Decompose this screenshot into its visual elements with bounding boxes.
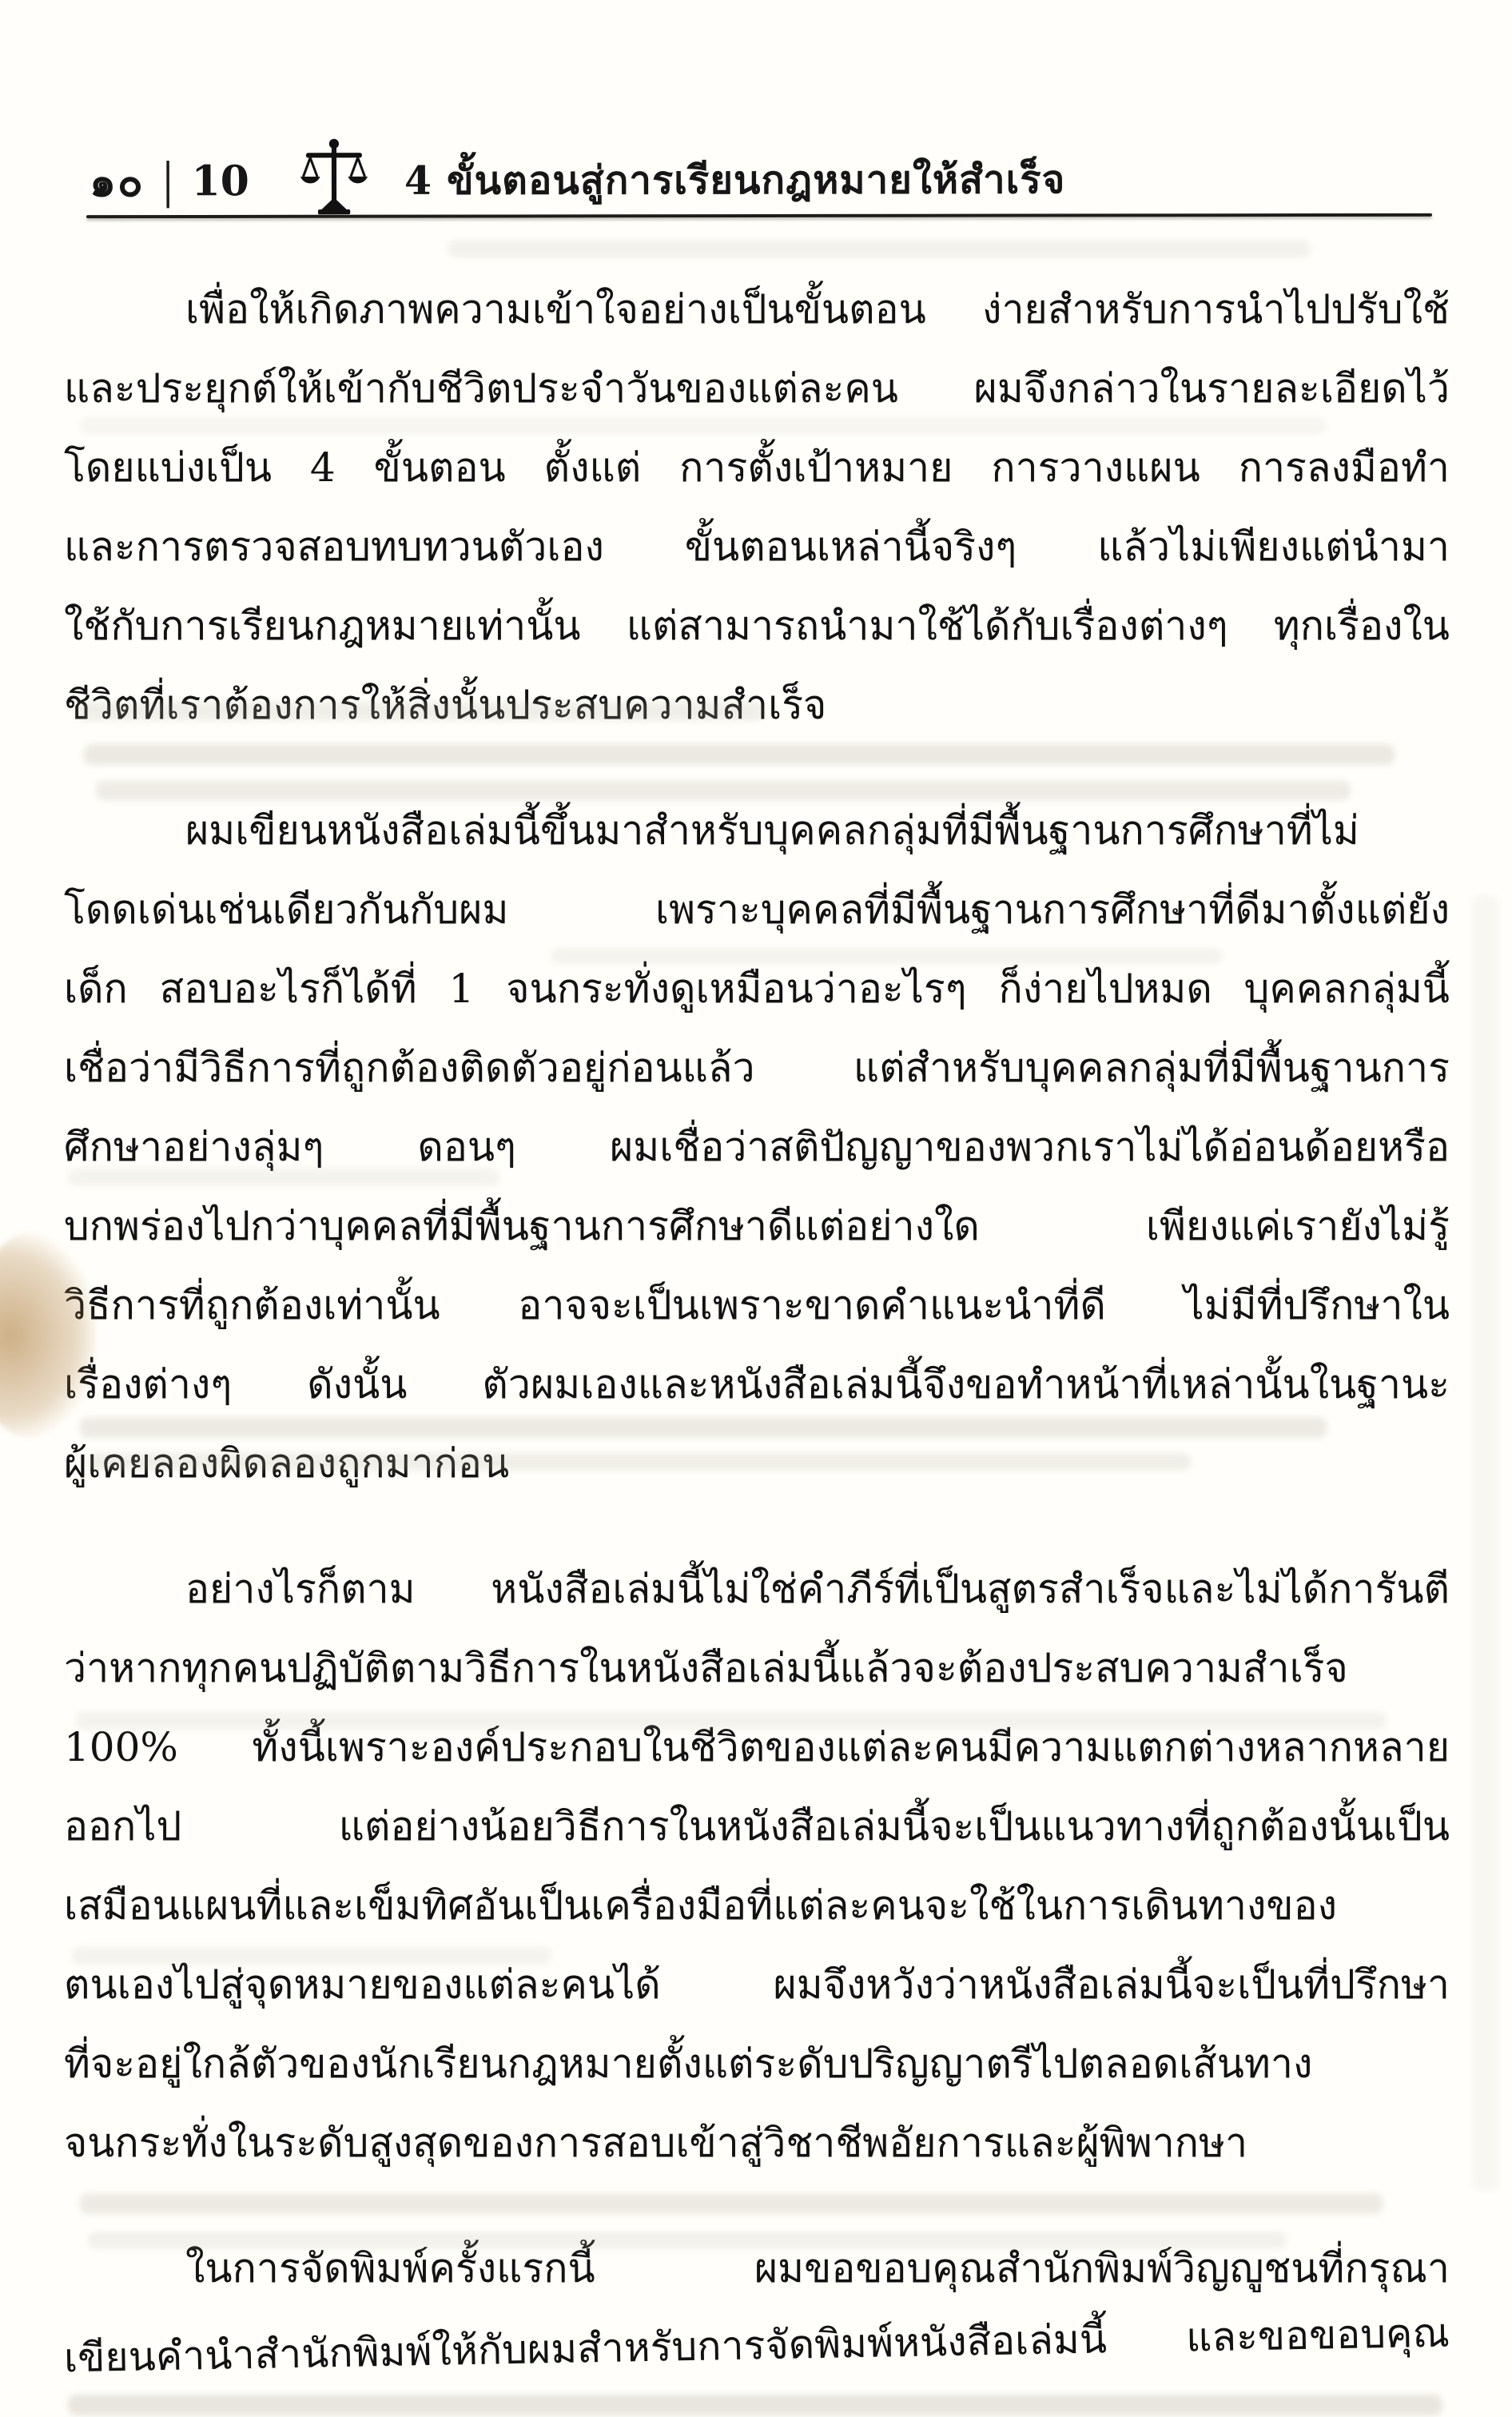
paragraph: อย่างไรก็ตาม หนังสือเล่มนี้ไม่ใช่คำภีร์ท… [64, 1550, 1450, 2183]
text-line: ออกไป แต่อย่างน้อยวิธีการในหนังสือเล่มนี… [64, 1787, 1450, 1866]
text-line: ผู้เคยลองผิดลองถูกมาก่อน [64, 1424, 1450, 1503]
text-line: ในการจัดพิมพ์ครั้งแรกนี้ ผมขอขอบคุณสำนัก… [64, 2229, 1450, 2308]
bleed-artifact [448, 240, 1311, 257]
text-line: โดดเด่นเช่นเดียวกันกับผม เพราะบุคคลที่มี… [64, 870, 1450, 950]
text-line: และการตรวจสอบทบทวนตัวเอง ขั้นตอนเหล่านี้… [64, 508, 1450, 587]
page-number-thai: ๑๐ [90, 148, 145, 214]
text-line: เขียนคำนำสำนักพิมพ์ให้กับผมสำหรับการจัดพ… [63, 2294, 1450, 2399]
text-line: จนกระทั่งในระดับสูงสุดของการสอบเข้าสู่วิ… [64, 2104, 1450, 2183]
text-line: เรื่องต่างๆ ดังนั้น ตัวผมเองและหนังสือเล… [64, 1345, 1450, 1424]
scales-of-justice-icon [299, 137, 369, 219]
paragraph: ผมเขียนหนังสือเล่มนี้ขึ้นมาสำหรับบุคคลกล… [64, 791, 1450, 1503]
text-line: ผมเขียนหนังสือเล่มนี้ขึ้นมาสำหรับบุคคลกล… [64, 791, 1450, 870]
text-line: เพื่อให้เกิดภาพความเข้าใจอย่างเป็นขั้นตอ… [64, 270, 1450, 349]
text-line: เด็ก สอบอะไรก็ได้ที่ 1 จนกระทั่งดูเหมือน… [64, 950, 1450, 1029]
text-line: ศึกษาอย่างลุ่มๆ ดอนๆ ผมเชื่อว่าสติปัญญาข… [64, 1108, 1450, 1187]
text-line: 100% ทั้งนี้เพราะองค์ประกอบในชีวิตของแต่… [64, 1708, 1450, 1787]
chapter-title: 4 ขั้นตอนสู่การเรียนกฎหมายให้สำเร็จ [404, 148, 1066, 211]
text-line: อย่างไรก็ตาม หนังสือเล่มนี้ไม่ใช่คำภีร์ท… [64, 1550, 1450, 1629]
header-rule [86, 213, 1432, 218]
text-line: วิธีการที่ถูกต้องเท่านั้น อาจจะเป็นเพราะ… [64, 1266, 1450, 1345]
text-line: เชื่อว่ามีวิธีการที่ถูกต้องติดตัวอยู่ก่อ… [64, 1029, 1450, 1108]
text-line: บกพร่องไปกว่าบุคคลที่มีพื้นฐานการศึกษาดี… [64, 1187, 1450, 1266]
page-text: เพื่อให้เกิดภาพความเข้าใจอย่างเป็นขั้นตอ… [64, 270, 1450, 2387]
text-line: ชีวิตที่เราต้องการให้สิ่งนั้นประสบความสำ… [64, 666, 1450, 745]
text-line: โดยแบ่งเป็น 4 ขั้นตอน ตั้งแต่ การตั้งเป้… [64, 428, 1450, 508]
text-line: เสมือนแผนที่และเข็มทิศอันเป็นเครื่องมือท… [64, 1866, 1450, 1945]
text-line: ใช้กับการเรียนกฎหมายเท่านั้น แต่สามารถนำ… [64, 587, 1450, 666]
text-line: ว่าหากทุกคนปฏิบัติตามวิธีการในหนังสือเล่… [64, 1629, 1450, 1708]
page-number-arabic: 10 [192, 157, 249, 205]
page-header: ๑๐ | 10 4 ขั้นตอนสู่การเรียนกฎหมายให้สำเ… [90, 149, 1464, 210]
paragraph: ในการจัดพิมพ์ครั้งแรกนี้ ผมขอขอบคุณสำนัก… [64, 2229, 1450, 2387]
page-number-divider: | [162, 153, 174, 209]
bleed-artifact [68, 2395, 1442, 2415]
bleed-artifact [1472, 895, 1499, 2190]
text-line: และประยุกต์ให้เข้ากับชีวิตประจำวันของแต่… [64, 349, 1450, 428]
text-line: ที่จะอยู่ใกล้ตัวของนักเรียนกฎหมายตั้งแต่… [64, 2025, 1450, 2104]
paragraph: เพื่อให้เกิดภาพความเข้าใจอย่างเป็นขั้นตอ… [64, 270, 1450, 745]
book-page: ๑๐ | 10 4 ขั้นตอนสู่การเรียนกฎหมายให้สำเ… [0, 0, 1512, 2417]
text-line: ตนเองไปสู่จุดหมายของแต่ละคนได้ ผมจึงหวัง… [64, 1945, 1450, 2025]
